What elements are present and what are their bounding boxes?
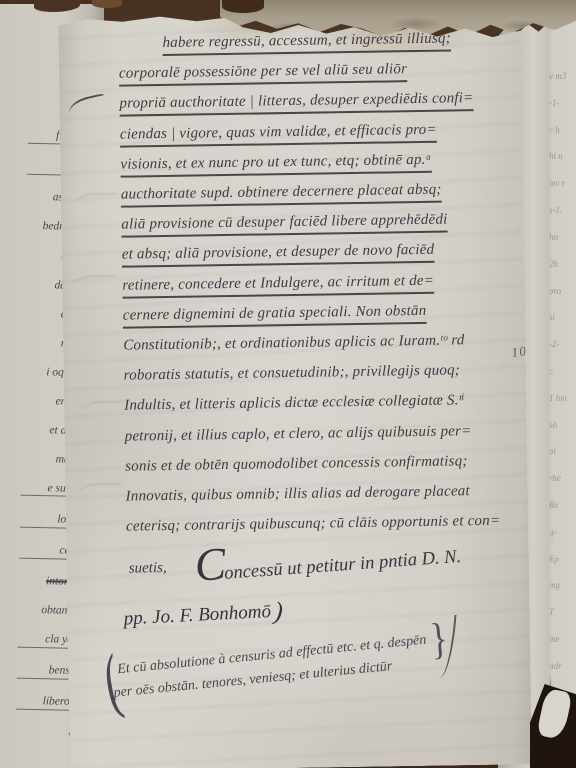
right-page-line-fragment: 2h	[549, 260, 558, 269]
right-page-line-fragment: s-1.	[549, 206, 562, 215]
binding-dark-patch	[222, 0, 264, 13]
bleedthrough-smudge	[80, 401, 124, 413]
right-page-line-fragment: 1 hm	[549, 394, 567, 403]
right-page-line-fragment: c h	[549, 126, 560, 135]
bleedthrough-smudge	[77, 483, 121, 495]
right-page-line-fragment: me	[549, 635, 560, 644]
right-page-line-fragment: hn	[549, 233, 558, 242]
left-page-line-fragment: bense	[17, 665, 75, 680]
petition-line: propriā aucthoritate | litteras, desuper…	[119, 83, 517, 119]
bleedthrough-smudge	[72, 275, 116, 287]
left-page-line-fragment: liberos	[16, 696, 74, 711]
right-page-line-fragment: mv r	[549, 179, 565, 188]
right-page-fragment-column: y m3-1-c hhi nmv rs-1.hn2hprosi-2-c1 hms…	[549, 72, 575, 698]
papal-signature-row: pp. Jo. F. Bonhomō)	[123, 595, 284, 629]
bleedthrough-smudge	[75, 193, 119, 205]
margin-insertion-dash	[66, 93, 106, 115]
right-page-line-fragment: hi n	[549, 152, 563, 161]
right-page-line-fragment: pro	[549, 287, 561, 296]
left-page-line-fragment: cla yel	[17, 634, 75, 649]
right-page-line-fragment: -2-	[549, 340, 560, 349]
signature-flourish: )	[273, 598, 284, 625]
binding-dark-patch	[92, 0, 122, 8]
right-page-line-fragment: rhe	[549, 474, 561, 483]
right-page-line-fragment: Ep	[549, 555, 559, 564]
right-page-line-fragment: mg	[549, 581, 560, 590]
petition-text-block: habere regressū, accessum, et ingressū i…	[118, 22, 524, 542]
right-page-line-fragment: pi	[549, 447, 556, 456]
right-page-line-fragment: -1-	[549, 99, 560, 108]
right-page-line-fragment: y m3	[549, 72, 566, 81]
closing-word: suetis,	[129, 561, 167, 577]
right-page-line-fragment: adr	[549, 662, 562, 671]
right-page-line-fragment: q-	[549, 528, 557, 537]
right-page-line-fragment: sō	[549, 421, 557, 430]
manuscript-photo: y m3-1-c hhi nmv rs-1.hn2hprosi-2-c1 hms…	[0, 0, 576, 768]
papal-signature: pp. Jo. F. Bonhomō	[123, 601, 271, 629]
right-page-line-fragment: Re	[549, 501, 559, 510]
